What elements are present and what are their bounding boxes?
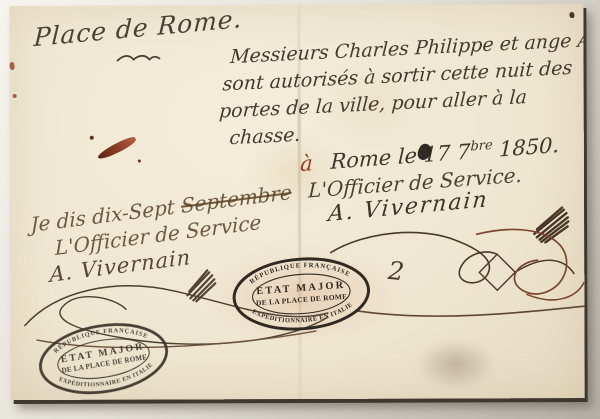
dateline-year: 1850. bbox=[492, 133, 559, 162]
scanned-document-photo: { "colors": { "paper": "#efe6d0", "backg… bbox=[0, 0, 600, 419]
document-title: Place de Rome. bbox=[33, 4, 243, 52]
ink-speck bbox=[13, 94, 17, 98]
etat-major-stamp: RÉPUBLIQUE FRANÇAISE EXPÉDITIONNAIRE EN … bbox=[210, 251, 393, 338]
ink-speck bbox=[90, 136, 94, 140]
authorization-text: Messieurs Charles Philippe et ange Almer… bbox=[219, 24, 585, 152]
underline-flourish bbox=[115, 53, 161, 63]
document-paper: Place de Rome. Messieurs Charles Philipp… bbox=[9, 4, 584, 400]
ink-speck bbox=[138, 160, 141, 163]
red-ink-blot bbox=[96, 135, 138, 162]
paper-smudge bbox=[414, 338, 496, 390]
ink-speck bbox=[10, 62, 15, 70]
dateline-prefix: à bbox=[300, 151, 313, 176]
corner-mark bbox=[569, 12, 574, 18]
dateline-superscript: bre bbox=[470, 138, 493, 155]
